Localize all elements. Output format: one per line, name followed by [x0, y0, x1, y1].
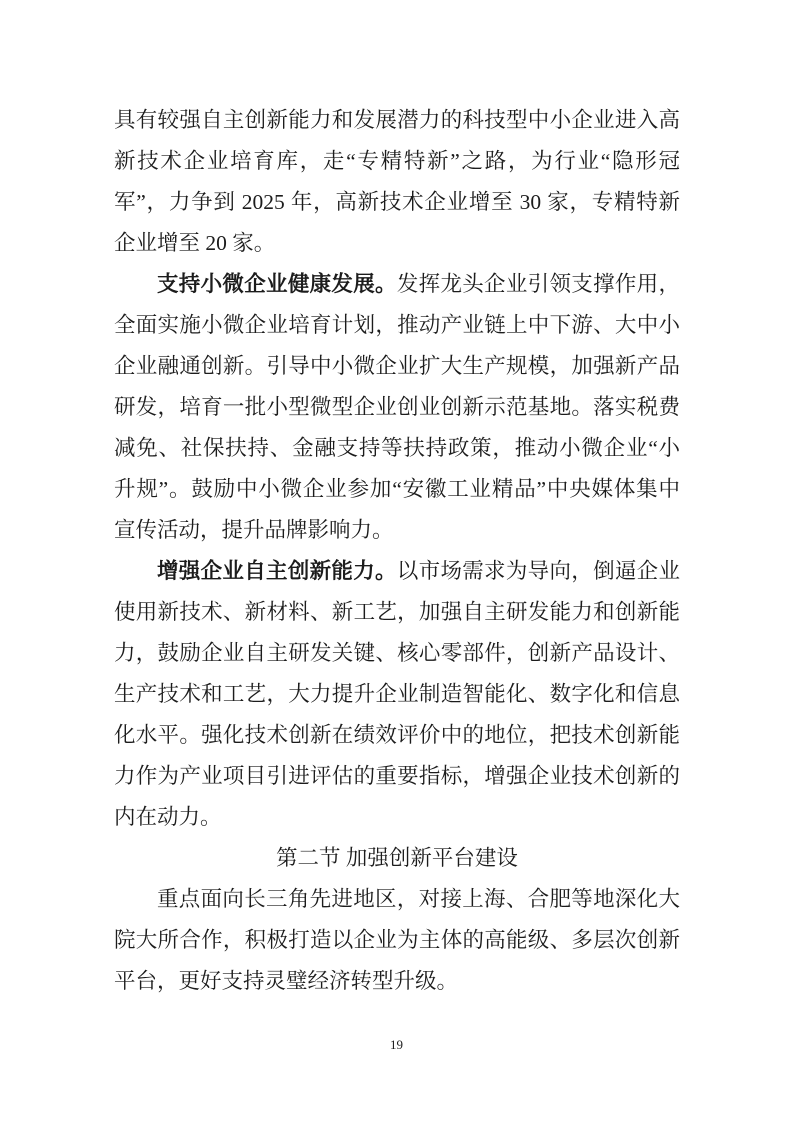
text-run: 重点面向长三角先进地区，对接上海、合肥等地深化大院大所合作，积极打造以企业为主体… — [114, 887, 680, 993]
text-run: 发挥龙头企业引领支撑作用，全面实施小微企业培育计划，推动产业链上中下游、大中小企… — [114, 272, 680, 542]
text-run: 第二节 加强创新平台建设 — [276, 846, 518, 870]
bold-run: 增强企业自主创新能力。 — [157, 559, 397, 583]
page-number: 19 — [0, 1036, 793, 1054]
document-body: 具有较强自主创新能力和发展潜力的科技型中小企业进入高新技术企业培育库，走“专精特… — [114, 100, 680, 1002]
section-heading: 第二节 加强创新平台建设 — [114, 838, 680, 879]
paragraph: 增强企业自主创新能力。以市场需求为导向，倒逼企业使用新技术、新材料、新工艺，加强… — [114, 551, 680, 838]
text-run: 具有较强自主创新能力和发展潜力的科技型中小企业进入高新技术企业培育库，走“专精特… — [114, 108, 680, 255]
paragraph: 具有较强自主创新能力和发展潜力的科技型中小企业进入高新技术企业培育库，走“专精特… — [114, 100, 680, 264]
paragraph: 重点面向长三角先进地区，对接上海、合肥等地深化大院大所合作，积极打造以企业为主体… — [114, 879, 680, 1002]
paragraph: 支持小微企业健康发展。发挥龙头企业引领支撑作用，全面实施小微企业培育计划，推动产… — [114, 264, 680, 551]
document-page: 具有较强自主创新能力和发展潜力的科技型中小企业进入高新技术企业培育库，走“专精特… — [0, 0, 793, 1122]
bold-run: 支持小微企业健康发展。 — [157, 272, 397, 296]
text-run: 以市场需求为导向，倒逼企业使用新技术、新材料、新工艺，加强自主研发能力和创新能力… — [114, 559, 680, 829]
